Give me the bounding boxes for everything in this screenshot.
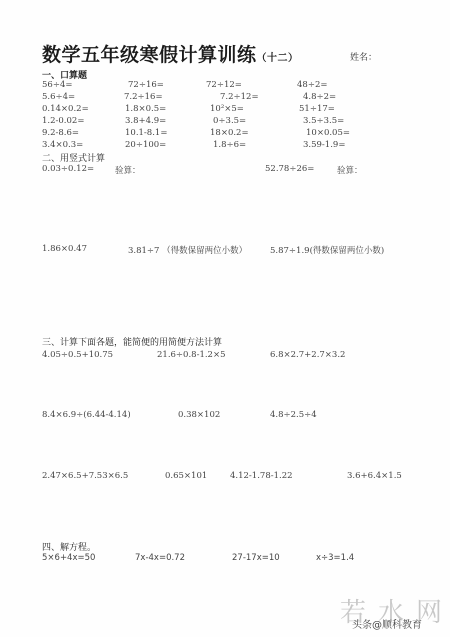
problem: 10×0.05=: [306, 128, 350, 138]
problem: 21.6÷0.8-1.2×5: [157, 350, 226, 360]
problem: 52.78÷26=: [265, 164, 314, 174]
title-suffix: （十二）: [257, 53, 299, 64]
name-label: 姓名：: [350, 50, 377, 63]
section-equations-heading: 四、解方程。: [42, 540, 96, 553]
problem: 0.38×102: [178, 410, 220, 420]
problem: 5.6÷4=: [42, 92, 75, 102]
problem: 20÷100=: [125, 140, 166, 150]
problem: 10²×5=: [210, 104, 244, 114]
equation: 27-17x=10: [232, 553, 280, 563]
worksheet-title: 数学五年级寒假计算训练（十二）: [42, 40, 299, 67]
problem: 5.87÷1.9(得数保留两位小数): [270, 244, 384, 256]
problem: 56÷4=: [42, 80, 72, 90]
equation: x÷3=1.4: [316, 553, 354, 563]
problem: 4.12-1.78-1.22: [230, 471, 293, 481]
problem: 2.47×6.5+7.53×6.5: [42, 471, 128, 481]
problem: 0.65×101: [165, 471, 207, 481]
watermark-source: 头条@顺科教育: [352, 616, 422, 631]
problem: 7.2÷12=: [220, 92, 259, 102]
problem: 3.6+6.4×1.5: [347, 471, 402, 481]
problem: 1.86×0.47: [42, 244, 87, 254]
problem: 51÷17=: [299, 104, 335, 114]
problem: 3.5÷3.5=: [303, 116, 344, 126]
problem: 1.8÷6=: [213, 140, 246, 150]
problem: 1.2-0.02=: [42, 116, 84, 126]
problem: 4.05÷0.5+10.75: [42, 350, 113, 360]
problem: 3.81÷7 （得数保留两位小数）: [128, 244, 247, 256]
equation: 5×6+4x=50: [42, 553, 95, 563]
title-text: 数学五年级寒假计算训练: [42, 44, 257, 66]
equation: 7x-4x=0.72: [135, 553, 185, 563]
problem: 3.4×0.3=: [42, 140, 83, 150]
check-label: 验算：: [337, 164, 363, 176]
problem: 4.8÷2.5÷4: [270, 410, 317, 420]
problem: 72÷16=: [128, 80, 164, 90]
problem: 3.59-1.9=: [303, 140, 345, 150]
section-vertical-heading: 二、用竖式计算: [42, 151, 105, 164]
problem: 1.8×0.5=: [125, 104, 166, 114]
problem: 72÷12=: [206, 80, 242, 90]
problem: 3.8+4.9=: [125, 116, 166, 126]
problem: 18×0.2=: [210, 128, 249, 138]
problem: 0÷3.5=: [213, 116, 246, 126]
problem: 0.14×0.2=: [42, 104, 89, 114]
problem: 6.8×2.7+2.7×3.2: [270, 350, 345, 360]
problem: 0.03÷0.12=: [42, 164, 94, 174]
problem: 4.8÷2=: [303, 92, 336, 102]
problem: 7.2÷16=: [124, 92, 163, 102]
problem: 10.1-8.1=: [125, 128, 167, 138]
section-simplify-heading: 三、计算下面各题，能简便的用简便方法计算: [42, 335, 222, 348]
problem: 48÷2=: [297, 80, 327, 90]
problem: 8.4×6.9÷(6.44-4.14): [42, 410, 131, 420]
problem: 9.2-8.6=: [42, 128, 79, 138]
check-label: 验算：: [115, 164, 141, 176]
